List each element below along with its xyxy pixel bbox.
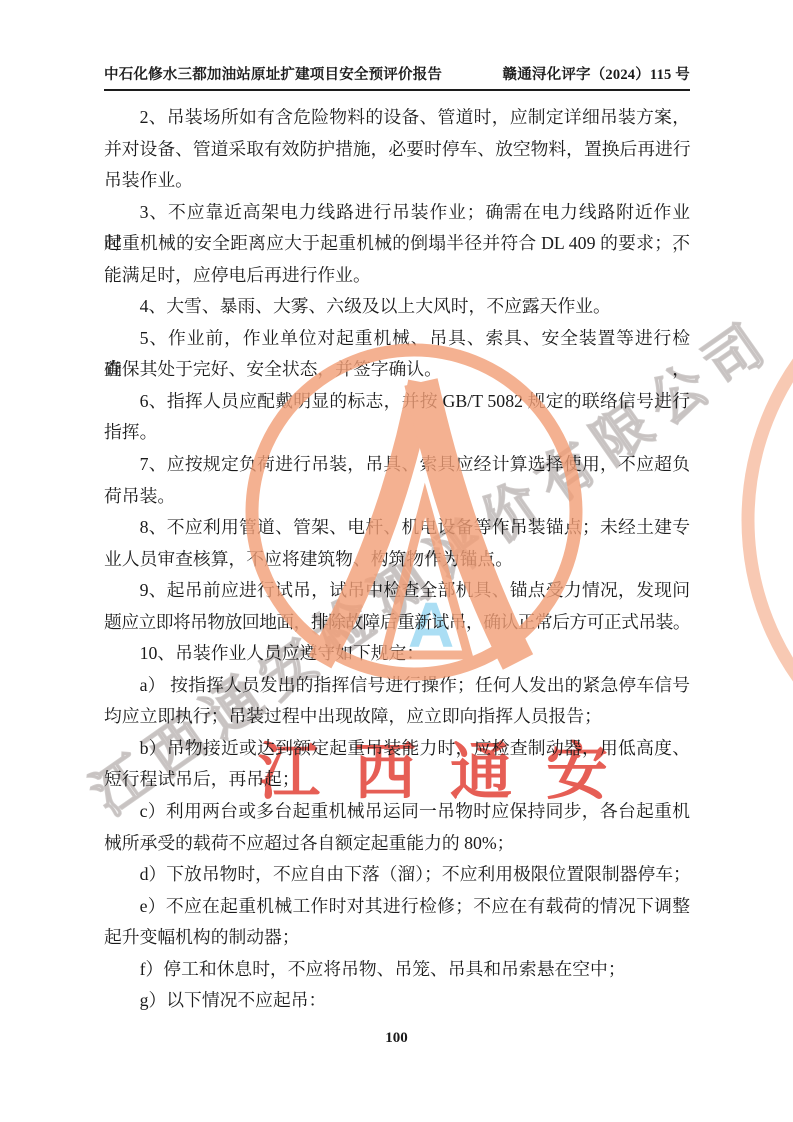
document-page: 江西通安检测评价有限公司 江西通安 A 中石化修水三都加油站原址扩建项目安全预评… (0, 0, 793, 1122)
body-line: 6、指挥人员应配戴明显的标志，并按 GB/T 5082 规定的联络信号进行 (104, 386, 690, 418)
body-line: e）不应在起重机械工作时对其进行检修；不应在有载荷的情况下调整 (104, 891, 690, 923)
body-line: 并对设备、管道采取有效防护措施，必要时停车、放空物料，置换后再进行 (104, 134, 690, 166)
body-text: 2、吊装场所如有含危险物料的设备、管道时，应制定详细吊装方案，并对设备、管道采取… (104, 102, 690, 1017)
body-line: b）吊物接近或达到额定起重吊装能力时，应检查制动器，用低高度、 (104, 733, 690, 765)
body-line: 起重机械的安全距离应大于起重机械的倒塌半径并符合 DL 409 的要求；不 (104, 228, 690, 260)
body-line: 10、吊装作业人员应遵守如下规定： (104, 638, 690, 670)
body-line: 起升变幅机构的制动器； (104, 922, 690, 954)
body-line: 7、应按规定负荷进行吊装，吊具、索具应经计算选择使用，不应超负 (104, 449, 690, 481)
body-line: 均应立即执行；吊装过程中出现故障，应立即向指挥人员报告； (104, 701, 690, 733)
body-line: d）下放吊物时，不应自由下落（溜）；不应利用极限位置限制器停车； (104, 859, 690, 891)
body-line: 吊装作业。 (104, 165, 690, 197)
body-line: 短行程试吊后，再吊起； (104, 764, 690, 796)
header-report-title: 中石化修水三都加油站原址扩建项目安全预评价报告 (104, 63, 442, 84)
body-line: 能满足时，应停电后再进行作业。 (104, 260, 690, 292)
page-header: 中石化修水三都加油站原址扩建项目安全预评价报告 赣通浔化评字（2024）115 … (104, 63, 690, 91)
body-line: 指挥。 (104, 417, 690, 449)
body-line: 3、不应靠近高架电力线路进行吊装作业；确需在电力线路附近作业时， (104, 197, 690, 229)
body-line: 9、起吊前应进行试吊，试吊中检查全部机具、锚点受力情况，发现问 (104, 575, 690, 607)
body-line: f）停工和休息时，不应将吊物、吊笼、吊具和吊索悬在空中； (104, 954, 690, 986)
body-line: 业人员审查核算，不应将建筑物、构筑物作为锚点。 (104, 544, 690, 576)
body-line: 8、不应利用管道、管架、电杆、机电设备等作吊装锚点；未经土建专 (104, 512, 690, 544)
header-document-number: 赣通浔化评字（2024）115 号 (503, 63, 690, 84)
body-line: c）利用两台或多台起重机械吊运同一吊物时应保持同步，各台起重机 (104, 796, 690, 828)
body-line: 题应立即将吊物放回地面，排除故障后重新试吊，确认正常后方可正式吊装。 (104, 607, 690, 639)
body-line: 械所承受的载荷不应超过各自额定起重能力的 80%； (104, 828, 690, 860)
page-number: 100 (0, 1030, 793, 1047)
body-line: 5、作业前，作业单位对起重机械、吊具、索具、安全装置等进行检查， (104, 323, 690, 355)
body-line: 2、吊装场所如有含危险物料的设备、管道时，应制定详细吊装方案， (104, 102, 690, 134)
body-line: 荷吊装。 (104, 481, 690, 513)
stamp-ring-partial-right (748, 248, 793, 792)
body-line: a） 按指挥人员发出的指挥信号进行操作；任何人发出的紧急停车信号 (104, 670, 690, 702)
body-line: g）以下情况不应起吊： (104, 985, 690, 1017)
body-line: 4、大雪、暴雨、大雾、六级及以上大风时，不应露天作业。 (104, 291, 690, 323)
